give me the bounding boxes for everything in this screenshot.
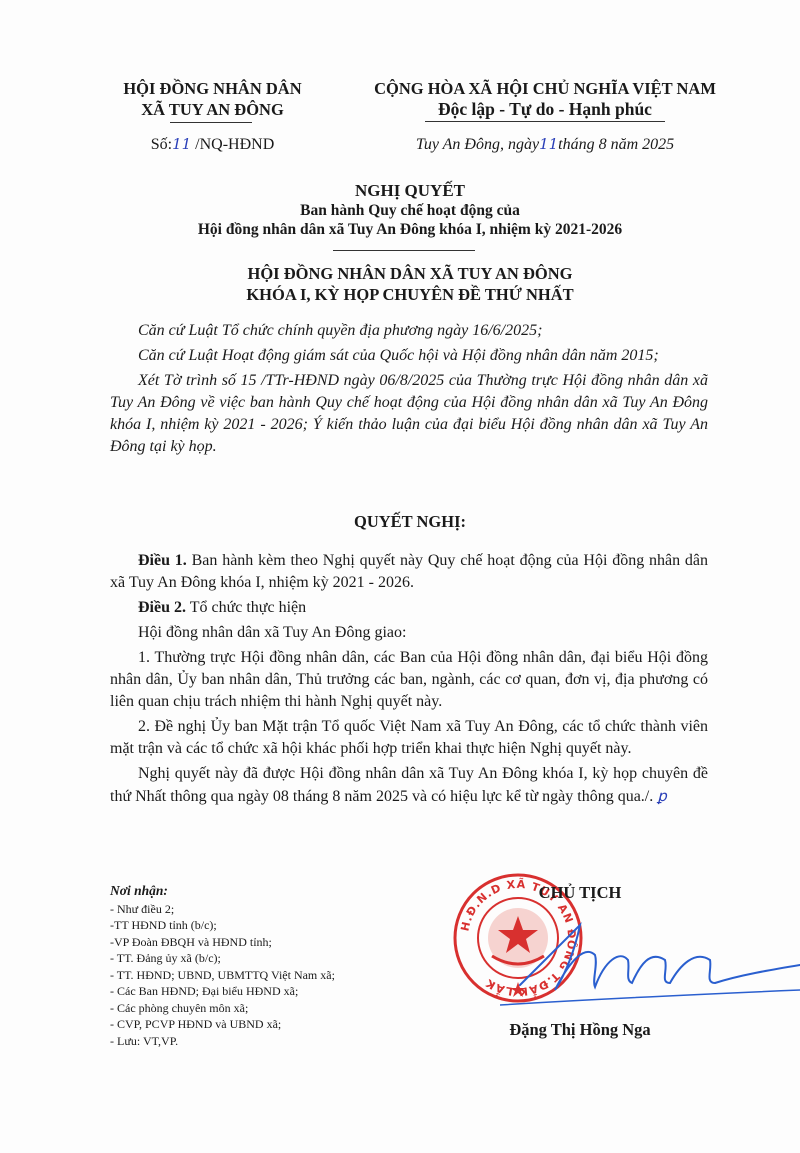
issuer-block: HỘI ĐỒNG NHÂN DÂN XÃ TUY AN ĐÔNG KHÓA I,… (100, 263, 720, 305)
preamble: Căn cứ Luật Tổ chức chính quyền địa phươ… (110, 320, 708, 461)
recipients-list: Nơi nhận: - Như điều 2; -TT HĐND tỉnh (b… (110, 883, 430, 1049)
article-1-text: Ban hành kèm theo Nghị quyết này Quy chế… (110, 552, 708, 591)
recipient-item: - Các phòng chuyên môn xã; (110, 1000, 430, 1017)
number-suffix: /NQ-HĐND (191, 136, 274, 153)
national-header: CỘNG HÒA XÃ HỘI CHỦ NGHĨA VIỆT NAM Độc l… (355, 78, 735, 120)
recipient-item: - CVP, PCVP HĐND và UBND xã; (110, 1016, 430, 1033)
closing-text: Nghị quyết này đã được Hội đồng nhân dân… (110, 765, 708, 805)
assignment-item-2: 2. Đề nghị Ủy ban Mặt trận Tổ quốc Việt … (110, 716, 708, 760)
signer-position: CHỦ TỊCH (500, 883, 660, 903)
issuing-body-line2: XÃ TUY AN ĐÔNG (100, 99, 325, 120)
issuing-body-line1: HỘI ĐỒNG NHÂN DÂN (100, 78, 325, 99)
number-prefix: Số: (151, 136, 172, 153)
preamble-item: Căn cứ Luật Hoạt động giám sát của Quốc … (110, 345, 708, 367)
recipient-item: - TT. HĐND; UBND, UBMTTQ Việt Nam xã; (110, 967, 430, 984)
document-type: NGHỊ QUYẾT (100, 180, 720, 201)
national-motto: Độc lập - Tự do - Hạnh phúc (355, 99, 735, 120)
recipients-title: Nơi nhận: (110, 883, 430, 900)
date-suffix: tháng 8 năm 2025 (558, 136, 674, 153)
preamble-item: Căn cứ Luật Tổ chức chính quyền địa phươ… (110, 320, 708, 342)
document-subtitle-2: Hội đồng nhân dân xã Tuy An Đông khóa I,… (100, 220, 720, 239)
issuer-line1: HỘI ĐỒNG NHÂN DÂN XÃ TUY AN ĐÔNG (100, 263, 720, 284)
decision-heading: QUYẾT NGHỊ: (100, 512, 720, 532)
document-title-block: NGHỊ QUYẾT Ban hành Quy chế hoạt động củ… (100, 180, 720, 239)
articles: Điều 1. Ban hành kèm theo Nghị quyết này… (110, 550, 708, 811)
recipient-item: - Lưu: VT,VP. (110, 1033, 430, 1050)
national-title: CỘNG HÒA XÃ HỘI CHỦ NGHĨA VIỆT NAM (355, 78, 735, 99)
recipient-item: - TT. Đảng ủy xã (b/c); (110, 950, 430, 967)
handwritten-signature-icon (500, 905, 800, 1015)
document-number: Số:11 /NQ-HĐND (100, 135, 325, 154)
date-prefix: Tuy An Đông, ngày (416, 136, 539, 153)
issuing-body-underline (170, 122, 252, 123)
article-2: Điều 2. Tổ chức thực hiện (110, 597, 708, 619)
recipient-item: - Như điều 2; (110, 901, 430, 918)
motto-underline (425, 121, 665, 122)
issuing-body-header: HỘI ĐỒNG NHÂN DÂN XÃ TUY AN ĐÔNG (100, 78, 325, 120)
title-underline (333, 250, 475, 251)
recipient-item: - Các Ban HĐND; Đại biểu HĐND xã; (110, 983, 430, 1000)
article-2-text: Tổ chức thực hiện (186, 599, 306, 616)
article-2-label: Điều 2. (138, 599, 186, 616)
document-date: Tuy An Đông, ngày11tháng 8 năm 2025 (375, 135, 715, 154)
handwritten-initials: ꝑ (657, 787, 667, 805)
recipient-item: -TT HĐND tỉnh (b/c); (110, 917, 430, 934)
assignment-intro: Hội đồng nhân dân xã Tuy An Đông giao: (110, 622, 708, 644)
article-1: Điều 1. Ban hành kèm theo Nghị quyết này… (110, 550, 708, 594)
handwritten-number: 11 (172, 135, 191, 153)
signer-name: Đặng Thị Hồng Nga (470, 1020, 690, 1040)
closing-paragraph: Nghị quyết này đã được Hội đồng nhân dân… (110, 763, 708, 808)
document-page: HỘI ĐỒNG NHÂN DÂN XÃ TUY AN ĐÔNG CỘNG HÒ… (0, 0, 800, 1153)
article-1-label: Điều 1. (138, 552, 187, 569)
document-subtitle-1: Ban hành Quy chế hoạt động của (100, 201, 720, 220)
issuer-line2: KHÓA I, KỲ HỌP CHUYÊN ĐỀ THỨ NHẤT (100, 284, 720, 305)
assignment-item-1: 1. Thường trực Hội đồng nhân dân, các Ba… (110, 647, 708, 713)
handwritten-day: 11 (539, 135, 558, 153)
preamble-item: Xét Tờ trình số 15 /TTr-HĐND ngày 06/8/2… (110, 370, 708, 458)
recipient-item: -VP Đoàn ĐBQH và HĐND tỉnh; (110, 934, 430, 951)
